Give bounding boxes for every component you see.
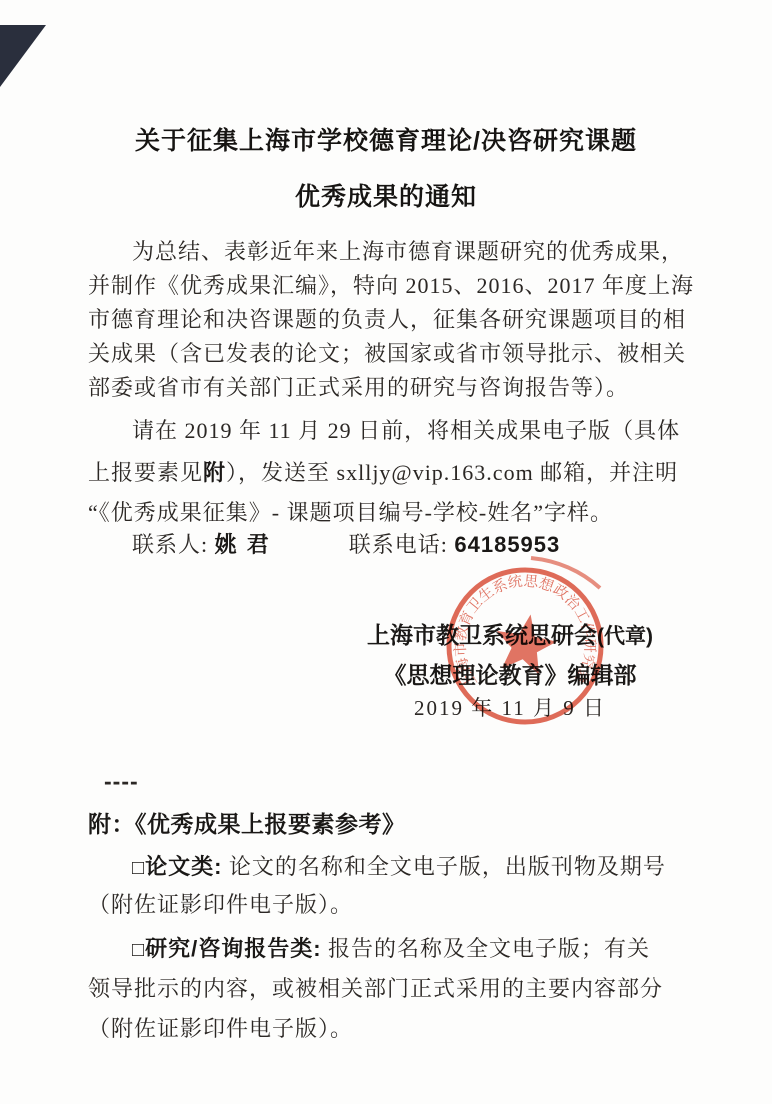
attachment-separator: ---- — [104, 768, 139, 795]
contact-person-label: 联系人: — [132, 532, 208, 557]
item-paper-label: 论文类: — [145, 854, 222, 879]
scan-corner-artifact — [0, 25, 46, 87]
square-bullet-icon: □ — [132, 857, 145, 879]
item-paper-text: 论文的名称和全文电子版，出版刊物及期号 — [222, 854, 666, 879]
body-text-email: ），发送至 sxlljy@vip.163.com 邮箱，并注明 — [226, 460, 678, 485]
body-text: 上报要素见 — [88, 460, 203, 485]
attachment-heading: 附：《优秀成果上报要素参考》 — [88, 806, 406, 839]
body-line: 部委或省市有关部门正式采用的研究与咨询报告等）。 — [88, 371, 694, 402]
body-line: “《优秀成果征集》- 课题项目编号-学校-姓名”字样。 — [88, 496, 694, 527]
item-paper-cont: （附佐证影印件电子版）。 — [88, 888, 694, 919]
attachment-item-paper: □论文类: 论文的名称和全文电子版，出版刊物及期号 — [88, 850, 738, 881]
contact-person-name: 姚 君 — [215, 532, 271, 557]
attachment-ref-bold: 附 — [203, 460, 226, 485]
body-line: 市德育理论和决咨课题的负责人，征集各研究课题项目的相 — [88, 303, 694, 334]
seal-arc-artifact — [531, 558, 600, 588]
body-line: 上报要素见附），发送至 sxlljy@vip.163.com 邮箱，并注明 — [88, 456, 694, 487]
item-report-cont2: （附佐证影印件电子版）。 — [88, 1012, 694, 1043]
item-report-label: 研究/咨询报告类: — [145, 936, 321, 961]
contact-phone-label: 联系电话: — [349, 532, 448, 557]
item-report-cont1: 领导批示的内容，或被相关部门正式采用的主要内容部分 — [88, 972, 694, 1003]
attachment-item-report: □研究/咨询报告类: 报告的名称及全文电子版；有关 — [88, 932, 738, 963]
signature-dept: 《思想理论教育》编辑部 — [330, 657, 690, 690]
signature-org: 上海市教卫系统思研会(代章) — [330, 617, 690, 650]
body-line: 为总结、表彰近年来上海市德育课题研究的优秀成果， — [88, 235, 738, 266]
signature-date: 2019 年 11 月 9 日 — [330, 692, 690, 722]
contact-phone-number: 64185953 — [454, 532, 560, 557]
scanned-notice-page: 关于征集上海市学校德育理论/决咨研究课题 优秀成果的通知 为总结、表彰近年来上海… — [0, 0, 772, 1104]
contact-line: 联系人: 姚 君联系电话: 64185953 — [88, 528, 738, 559]
square-bullet-icon: □ — [132, 939, 145, 961]
item-report-text: 报告的名称及全文电子版；有关 — [322, 936, 651, 961]
signature-org-note: (代章) — [597, 625, 653, 648]
body-line: 请在 2019 年 11 月 29 日前，将相关成果电子版（具体 — [88, 414, 738, 445]
notice-title-line1: 关于征集上海市学校德育理论/决咨研究课题 — [0, 121, 772, 157]
body-line: 并制作《优秀成果汇编》，特向 2015、2016、2017 年度上海 — [88, 269, 694, 300]
signature-org-name: 上海市教卫系统思研会 — [367, 622, 597, 648]
notice-title-line2: 优秀成果的通知 — [0, 177, 772, 213]
body-line: 关成果（含已发表的论文；被国家或省市领导批示、被相关 — [88, 337, 694, 368]
